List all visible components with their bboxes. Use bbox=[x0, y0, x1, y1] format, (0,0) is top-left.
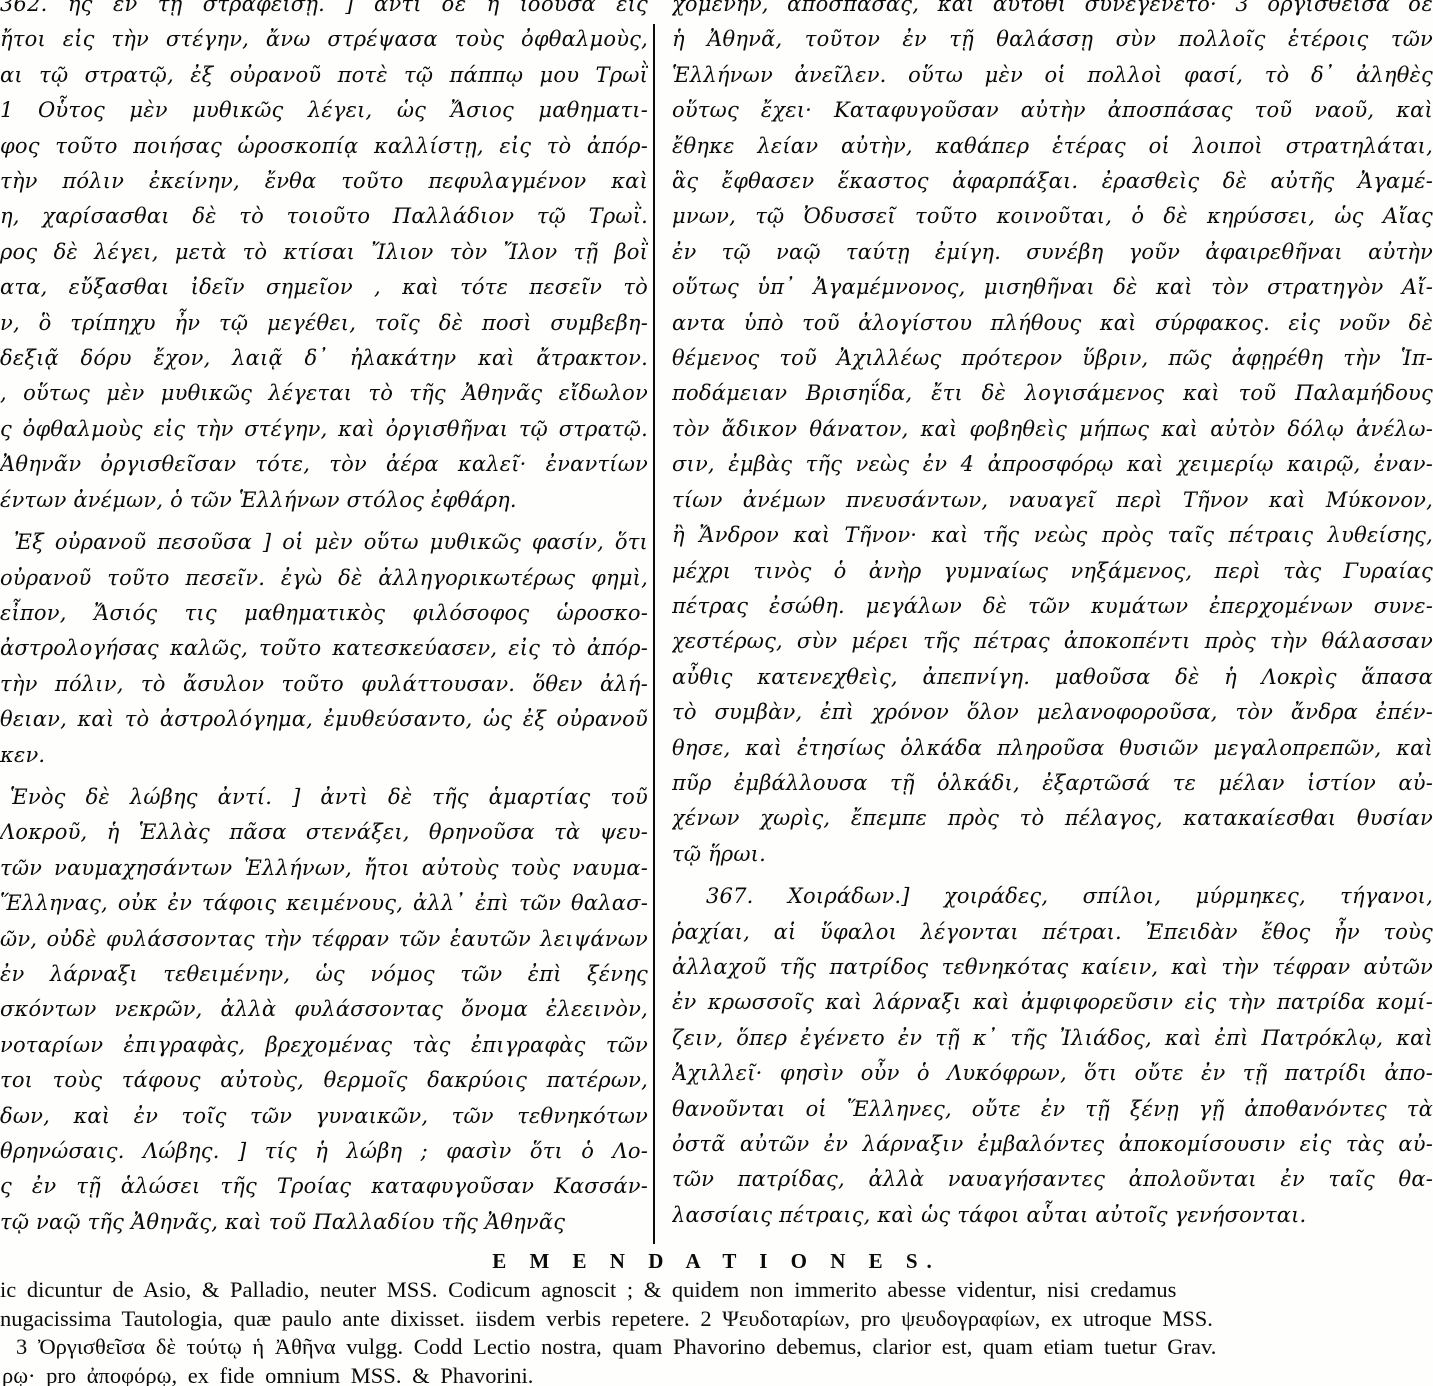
text-line: ἔθηκε λείαν αὐτὴν, καθάπερ ἑτέρας οἱ λοι… bbox=[672, 129, 1433, 164]
text-line: Λοκροῦ, ἡ Ἑλλὰς πᾶσα στενάξει, θρηνοῦσα … bbox=[0, 815, 648, 850]
text-line: ς ἐν τῇ ἁλώσει τῆς Τροίας καταφυγοῦσαν Κ… bbox=[0, 1169, 648, 1204]
text-line: κεν. bbox=[0, 738, 648, 773]
emendationes-line: ρῳ· pro ἀποφόρῳ, ex fide omnium MSS. & P… bbox=[0, 1362, 1433, 1386]
text-line: τὴν πόλιν ἐκείνην, ἔνθα τοῦτο πεφυλαγμέν… bbox=[0, 164, 648, 199]
text-line: Ἐξ οὐρανοῦ πεσοῦσα ] οἱ μὲν οὕτω μυθικῶς… bbox=[0, 525, 648, 560]
text-line: Ἀχιλλεῖ· φησὶν οὖν ὁ Λυκόφρων, ὅτι οὔτε … bbox=[672, 1056, 1433, 1091]
text-line: αὖθις κατενεχθεὶς, ἀπεπνίγη. μαθοῦσα δὲ … bbox=[672, 660, 1433, 695]
emendationes-lines: ic dicuntur de Asio, & Palladio, neuter … bbox=[0, 1276, 1433, 1386]
text-line: τῶν ναυμαχησάντων Ἑλλήνων, ἤτοι αὐτοὺς τ… bbox=[0, 851, 648, 886]
text-line: Ἑλλήνων ἀνεῖλεν. οὕτω μὲν οἱ πολλοὶ φασί… bbox=[672, 58, 1433, 93]
text-line: χεστέρως, σὺν μέρει τῆς πέτρας ἀποκοπέντ… bbox=[672, 624, 1433, 659]
text-line: σιν, ἐμβὰς τῆς νεὼς ἐν 4 ἀπροσφόρῳ καὶ χ… bbox=[672, 447, 1433, 482]
text-line: 367. Χοιράδων.] χοιράδες, σπίλοι, μύρμηκ… bbox=[672, 879, 1433, 914]
text-line: πέτρας ἐσώθη. μεγάλων δὲ τῶν κυμάτων ἐπε… bbox=[672, 589, 1433, 624]
text-line: τῷ ναῷ τῆς Ἀθηνᾶς, καὶ τοῦ Παλλαδίου τῆς… bbox=[0, 1205, 648, 1240]
text-line: Ἕλληνας, οὐκ ἐν τάφοις κειμένους, ἀλλ᾽ ἐ… bbox=[0, 886, 648, 921]
text-line: φος τοῦτο ποιήσας ὡροσκοπίᾳ καλλίστῃ, εἰ… bbox=[0, 129, 648, 164]
emendationes-line: ic dicuntur de Asio, & Palladio, neuter … bbox=[0, 1276, 1433, 1305]
scanned-book-page: 362. ἧς ἐν τῇ στραφείσῃ. ] ἀντὶ δὲ ἡ ἰδο… bbox=[0, 0, 1433, 1386]
text-line: ἀλλαχοῦ τῆς πατρίδος τεθνηκότας καίειν, … bbox=[672, 950, 1433, 985]
text-line: θανοῦνται οἱ Ἕλληνες, οὔτε ἐν τῇ ξένῃ γῇ… bbox=[672, 1092, 1433, 1127]
text-line: έντων ἀνέμων, ὁ τῶν Ἑλλήνων στόλος ἐφθάρ… bbox=[0, 483, 648, 518]
text-line: τῶν πατρίδας, ἀλλὰ ναυαγήσαντες ἀπολοῦντ… bbox=[672, 1162, 1433, 1197]
text-line: ὀστᾶ αὐτῶν ἐν λάρναξιν ἐμβαλόντες ἀποκομ… bbox=[672, 1127, 1433, 1162]
text-line: τοι τοὺς τάφους αὐτοὺς, θερμοῖς δακρύοις… bbox=[0, 1063, 648, 1098]
text-line: ἃς ἔφθασεν ἕκαστος ἀφαρπάξαι. ἐρασθεὶς δ… bbox=[672, 164, 1433, 199]
text-line: δων, καὶ ἐν τοῖς τῶν γυναικῶν, τῶν τεθνη… bbox=[0, 1099, 648, 1134]
text-line: ς ὀφθαλμοὺς εἰς τὴν στέγην, καὶ ὀργισθῆν… bbox=[0, 412, 648, 447]
text-line: θησε, καὶ ἐτησίως ὁλκάδα πληροῦσα θυσιῶν… bbox=[672, 731, 1433, 766]
text-line: μέχρι τινὸς ὁ ἀνὴρ γυμναίως νηξάμενος, π… bbox=[672, 554, 1433, 589]
text-line: τίων ἀνέμων πνευσάντων, ναυαγεῖ περὶ Τῆν… bbox=[672, 483, 1433, 518]
text-line: θειαν, καὶ τὸ ἀστρολόγημα, ἐμυθεύσαντο, … bbox=[0, 702, 648, 737]
paragraph: 362. ἧς ἐν τῇ στραφείσῃ. ] ἀντὶ δὲ ἡ ἰδο… bbox=[0, 0, 648, 518]
paragraph: Ἐξ οὐρανοῦ πεσοῦσα ] οἱ μὲν οὕτω μυθικῶς… bbox=[0, 525, 648, 773]
text-line: Ἀθηνᾶν ὀργισθεῖσαν τότε, τὸν ἀέρα καλεῖ·… bbox=[0, 447, 648, 482]
text-line: λασσίαις πέτραις, καὶ ὡς τάφοι αὗται αὐτ… bbox=[672, 1198, 1433, 1233]
text-line: θρηνώσαις. Λώβης. ] τίς ἡ λώβη ; φασὶν ὅ… bbox=[0, 1134, 648, 1169]
text-line: 362. ἧς ἐν τῇ στραφείσῃ. ] ἀντὶ δὲ ἡ ἰδο… bbox=[0, 0, 648, 22]
text-line: οὐρανοῦ τοῦτο πεσεῖν. ἐγὼ δὲ ἀλληγορικωτ… bbox=[0, 561, 648, 596]
text-line: ρος δὲ λέγει, μετὰ τὸ κτίσαι Ἴλιον τὸν Ἴ… bbox=[0, 235, 648, 270]
text-line: ζειν, ὅπερ ἐγένετο ἐν τῇ κ᾽ τῆς Ἰλιάδος,… bbox=[672, 1021, 1433, 1056]
text-line: ἐν λάρναξι τεθειμένην, ὡς νόμος τῶν ἐπὶ … bbox=[0, 957, 648, 992]
text-line: ἡ Ἀθηνᾶ, τοῦτον ἐν τῇ θαλάσσῃ σὺν πολλοῖ… bbox=[672, 22, 1433, 57]
text-line: , οὕτως μὲν μυθικῶς λέγεται τὸ τῆς Ἀθηνᾶ… bbox=[0, 376, 648, 411]
text-line: ῶν, οὐδὲ φυλάσσοντας τὴν τέφραν τῶν ἑαυτ… bbox=[0, 922, 648, 957]
text-line: ἢ Ἄνδρον καὶ Τῆνον· καὶ τῆς νεὼς πρὸς τα… bbox=[672, 518, 1433, 553]
text-line: θέμενος τοῦ Ἀχιλλέως πρότερον ὕβριν, πῶς… bbox=[672, 341, 1433, 376]
text-line: οὕτως ὑπ᾽ Ἀγαμέμνονος, μισηθῆναι δὲ καὶ … bbox=[672, 270, 1433, 305]
text-line: ἐν τῷ ναῷ ταύτῃ ἐμίγη. συνέβη γοῦν ἀφαιρ… bbox=[672, 235, 1433, 270]
left-column: 362. ἧς ἐν τῇ στραφείσῃ. ] ἀντὶ δὲ ἡ ἰδο… bbox=[0, 0, 648, 1240]
text-line: ποδάμειαν Βρισηΐδα, ἔτι δὲ λογισάμενος κ… bbox=[672, 376, 1433, 411]
text-line: ατα, εὔξασθαι ἰδεῖν σημεῖον , καὶ τότε π… bbox=[0, 270, 648, 305]
text-line: ἤτοι εἰς τὴν στέγην, ἄνω στρέψασα τοὺς ὀ… bbox=[0, 22, 648, 57]
text-line: αντα ὑπὸ τοῦ ἀλογίστου πλήθους καὶ σύρφα… bbox=[672, 306, 1433, 341]
emendationes-line: nugacissima Tautologia, quæ paulo ante d… bbox=[0, 1305, 1433, 1334]
text-line: ἐν κρωσσοῖς καὶ λάρναξι καὶ ἀμφιφορεῦσιν… bbox=[672, 985, 1433, 1020]
emendationes-section: E M E N D A T I O N E S. ic dicuntur de … bbox=[0, 1246, 1433, 1386]
text-line: Ἑνὸς δὲ λώβης ἀντί. ] ἀντὶ δὲ τῆς ἁμαρτί… bbox=[0, 780, 648, 815]
text-line: πῦρ ἐμβάλλουσα τῇ ὁλκάδι, ἐξαρτῶσά τε μέ… bbox=[672, 766, 1433, 801]
text-line: οὕτως ἔχει· Καταφυγοῦσαν αὐτὴν ἀποσπάσας… bbox=[672, 93, 1433, 128]
paragraph: 367. Χοιράδων.] χοιράδες, σπίλοι, μύρμηκ… bbox=[672, 879, 1433, 1233]
text-line: μνων, τῷ Ὀδυσσεῖ τοῦτο κοινοῦται, ὁ δὲ κ… bbox=[672, 199, 1433, 234]
text-line: σκόντων νεκρῶν, ἀλλὰ φυλάσσοντας ὄνομα ἐ… bbox=[0, 992, 648, 1027]
paragraph: χομένην, ἀποσπάσας, καὶ αὐτόθι συνεγένετ… bbox=[672, 0, 1433, 872]
text-line: αι τῷ στρατῷ, ἐξ οὐρανοῦ ποτὲ τῷ πάππῳ μ… bbox=[0, 58, 648, 93]
text-line: τῷ ἥρωι. bbox=[672, 837, 1433, 872]
text-line: τὴν πόλιν, τὸ ἄσυλον τοῦτο φυλάττουσαν. … bbox=[0, 667, 648, 702]
text-line: ἀστρολογήσας καλῶς, τοῦτο κατεσκεύασεν, … bbox=[0, 631, 648, 666]
scholia-columns: 362. ἧς ἐν τῇ στραφείσῃ. ] ἀντὶ δὲ ἡ ἰδο… bbox=[0, 0, 1433, 1240]
text-line: η, χαρίσασθαι δὲ τὸ τοιοῦτο Παλλάδιον τῷ… bbox=[0, 199, 648, 234]
column-divider-rule bbox=[653, 24, 655, 1244]
text-line: τὸ συμβὰν, ἐπὶ χρόνον ὅλον μελανοφοροῦσα… bbox=[672, 695, 1433, 730]
text-line: εἶπον, Ἄσιός τις μαθηματικὸς φιλόσοφος ὡ… bbox=[0, 596, 648, 631]
text-line: νοταρίων ἐπιγραφὰς, βρεχομένας τὰς ἐπιγρ… bbox=[0, 1028, 648, 1063]
emendationes-line: 3 Ὀργισθεῖσα δὲ τούτῳ ἡ Ἀθῆνα vulgg. Cod… bbox=[0, 1333, 1433, 1362]
text-line: δεξιᾷ δόρυ ἔχον, λαιᾷ δ᾽ ἠλακάτην καὶ ἄτ… bbox=[0, 341, 648, 376]
text-line: 1 Οὗτος μὲν μυθικῶς λέγει, ὡς Ἄσιος μαθη… bbox=[0, 93, 648, 128]
text-line: χένων χωρὶς, ἔπεμπε πρὸς τὸ πέλαγος, κατ… bbox=[672, 801, 1433, 836]
emendationes-title: E M E N D A T I O N E S. bbox=[0, 1246, 1433, 1276]
paragraph: Ἑνὸς δὲ λώβης ἀντί. ] ἀντὶ δὲ τῆς ἁμαρτί… bbox=[0, 780, 648, 1240]
text-line: τὸν ἄδικον θάνατον, καὶ φοβηθεὶς μήπως κ… bbox=[672, 412, 1433, 447]
text-line: χομένην, ἀποσπάσας, καὶ αὐτόθι συνεγένετ… bbox=[672, 0, 1433, 22]
text-line: ν, ὃ τρίπηχυ ἦν τῷ μεγέθει, τοῖς δὲ ποσὶ… bbox=[0, 306, 648, 341]
right-column: χομένην, ἀποσπάσας, καὶ αὐτόθι συνεγένετ… bbox=[648, 0, 1433, 1240]
text-line: ῥαχίαι, αἱ ὕφαλοι λέγονται πέτραι. Ἐπειδ… bbox=[672, 915, 1433, 950]
